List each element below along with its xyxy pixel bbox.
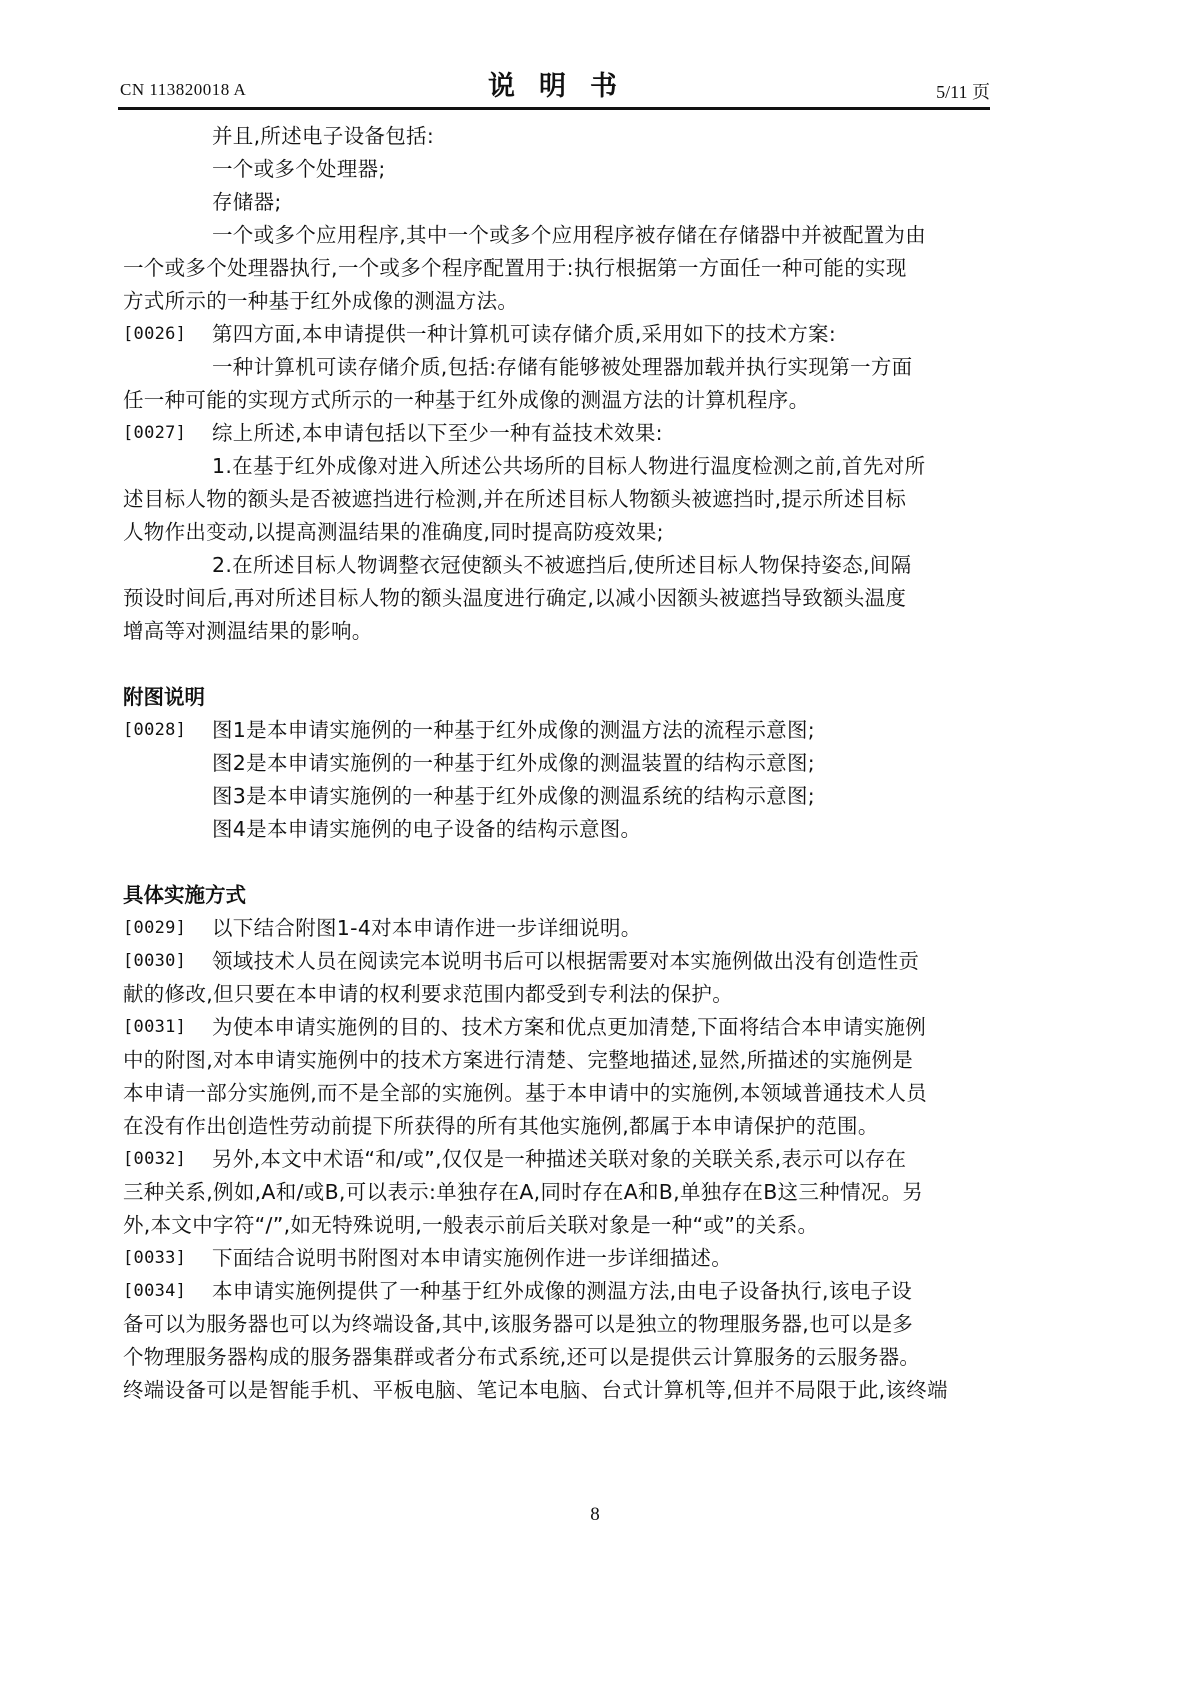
text-line: 任一种可能的实现方式所示的一种基于红外成像的测温方法的计算机程序。 [123,384,989,417]
text-line: 并且,所述电子设备包括: [123,120,989,153]
paragraph-number: [0026] [123,318,186,351]
text-line: 一种计算机可读存储介质,包括:存储有能够被处理器加载并执行实现第一方面 [123,351,989,384]
text-line: 外,本文中字符“/”,如无特殊说明,一般表示前后关联对象是一种“或”的关系。 [123,1209,989,1242]
numbered-paragraph-line: [0034]本申请实施例提供了一种基于红外成像的测温方法,由电子设备执行,该电子… [123,1275,989,1308]
paragraph-text: 第四方面,本申请提供一种计算机可读存储介质,采用如下的技术方案: [212,322,836,346]
text-line: 一个或多个处理器; [123,153,989,186]
section-heading: 附图说明 [123,681,989,714]
numbered-paragraph-line: [0032]另外,本文中术语“和/或”,仅仅是一种描述关联对象的关联关系,表示可… [123,1143,989,1176]
paragraph-number: [0028] [123,714,186,747]
text-line: 三种关系,例如,A和/或B,可以表示:单独存在A,同时存在A和B,单独存在B这三… [123,1176,989,1209]
numbered-paragraph-line: [0026]第四方面,本申请提供一种计算机可读存储介质,采用如下的技术方案: [123,318,989,351]
paragraph-number: [0029] [123,912,186,945]
paragraph-number: [0033] [123,1242,186,1275]
numbered-paragraph-line: [0029]以下结合附图1-4对本申请作进一步详细说明。 [123,912,989,945]
text-line: 献的修改,但只要在本申请的权利要求范围内都受到专利法的保护。 [123,978,989,1011]
text-line: 1.在基于红外成像对进入所述公共场所的目标人物进行温度检测之前,首先对所 [123,450,989,483]
text-line: 述目标人物的额头是否被遮挡进行检测,并在所述目标人物额头被遮挡时,提示所述目标 [123,483,989,516]
paragraph-number: [0031] [123,1011,186,1044]
paragraph-text: 图1是本申请实施例的一种基于红外成像的测温方法的流程示意图; [212,718,815,742]
text-line: 图3是本申请实施例的一种基于红外成像的测温系统的结构示意图; [123,780,989,813]
spacer [123,648,989,681]
numbered-paragraph-line: [0027]综上所述,本申请包括以下至少一种有益技术效果: [123,417,989,450]
page-header: CN 113820018 A 说明书 5/11 页 [118,62,990,110]
paragraph-text: 以下结合附图1-4对本申请作进一步详细说明。 [212,916,642,940]
text-line: 终端设备可以是智能手机、平板电脑、笔记本电脑、台式计算机等,但并不局限于此,该终… [123,1374,989,1407]
document-body: 并且,所述电子设备包括:一个或多个处理器;存储器;一个或多个应用程序,其中一个或… [123,120,989,1407]
spacer [123,846,989,879]
paragraph-text: 本申请实施例提供了一种基于红外成像的测温方法,由电子设备执行,该电子设 [212,1279,912,1303]
paragraph-number: [0034] [123,1275,186,1308]
page-indicator: 5/11 页 [936,78,990,104]
text-line: 图2是本申请实施例的一种基于红外成像的测温装置的结构示意图; [123,747,989,780]
text-line: 本申请一部分实施例,而不是全部的实施例。基于本申请中的实施例,本领域普通技术人员 [123,1077,989,1110]
text-line: 图4是本申请实施例的电子设备的结构示意图。 [123,813,989,846]
paragraph-number: [0032] [123,1143,186,1176]
text-line: 在没有作出创造性劳动前提下所获得的所有其他实施例,都属于本申请保护的范围。 [123,1110,989,1143]
numbered-paragraph-line: [0028]图1是本申请实施例的一种基于红外成像的测温方法的流程示意图; [123,714,989,747]
document-title: 说明书 [488,64,641,103]
text-line: 方式所示的一种基于红外成像的测温方法。 [123,285,989,318]
text-line: 增高等对测温结果的影响。 [123,615,989,648]
paragraph-number: [0030] [123,945,186,978]
section-heading: 具体实施方式 [123,879,989,912]
paragraph-text: 领域技术人员在阅读完本说明书后可以根据需要对本实施例做出没有创造性贡 [212,949,919,973]
numbered-paragraph-line: [0033]下面结合说明书附图对本申请实施例作进一步详细描述。 [123,1242,989,1275]
text-line: 个物理服务器构成的服务器集群或者分布式系统,还可以是提供云计算服务的云服务器。 [123,1341,989,1374]
numbered-paragraph-line: [0031]为使本申请实施例的目的、技术方案和优点更加清楚,下面将结合本申请实施… [123,1011,989,1044]
text-line: 一个或多个处理器执行,一个或多个程序配置用于:执行根据第一方面任一种可能的实现 [123,252,989,285]
paragraph-number: [0027] [123,417,186,450]
text-line: 一个或多个应用程序,其中一个或多个应用程序被存储在存储器中并被配置为由 [123,219,989,252]
page-number: 8 [0,1504,1190,1526]
numbered-paragraph-line: [0030]领域技术人员在阅读完本说明书后可以根据需要对本实施例做出没有创造性贡 [123,945,989,978]
text-line: 预设时间后,再对所述目标人物的额头温度进行确定,以减小因额头被遮挡导致额头温度 [123,582,989,615]
paragraph-text: 综上所述,本申请包括以下至少一种有益技术效果: [212,421,663,445]
paragraph-text: 另外,本文中术语“和/或”,仅仅是一种描述关联对象的关联关系,表示可以存在 [212,1147,906,1171]
paragraph-text: 为使本申请实施例的目的、技术方案和优点更加清楚,下面将结合本申请实施例 [212,1015,926,1039]
text-line: 中的附图,对本申请实施例中的技术方案进行清楚、完整地描述,显然,所描述的实施例是 [123,1044,989,1077]
header-rule [118,107,990,110]
text-line: 2.在所述目标人物调整衣冠使额头不被遮挡后,使所述目标人物保持姿态,间隔 [123,549,989,582]
text-line: 存储器; [123,186,989,219]
paragraph-text: 下面结合说明书附图对本申请实施例作进一步详细描述。 [212,1246,732,1270]
text-line: 人物作出变动,以提高测温结果的准确度,同时提高防疫效果; [123,516,989,549]
text-line: 备可以为服务器也可以为终端设备,其中,该服务器可以是独立的物理服务器,也可以是多 [123,1308,989,1341]
publication-number: CN 113820018 A [120,80,246,100]
